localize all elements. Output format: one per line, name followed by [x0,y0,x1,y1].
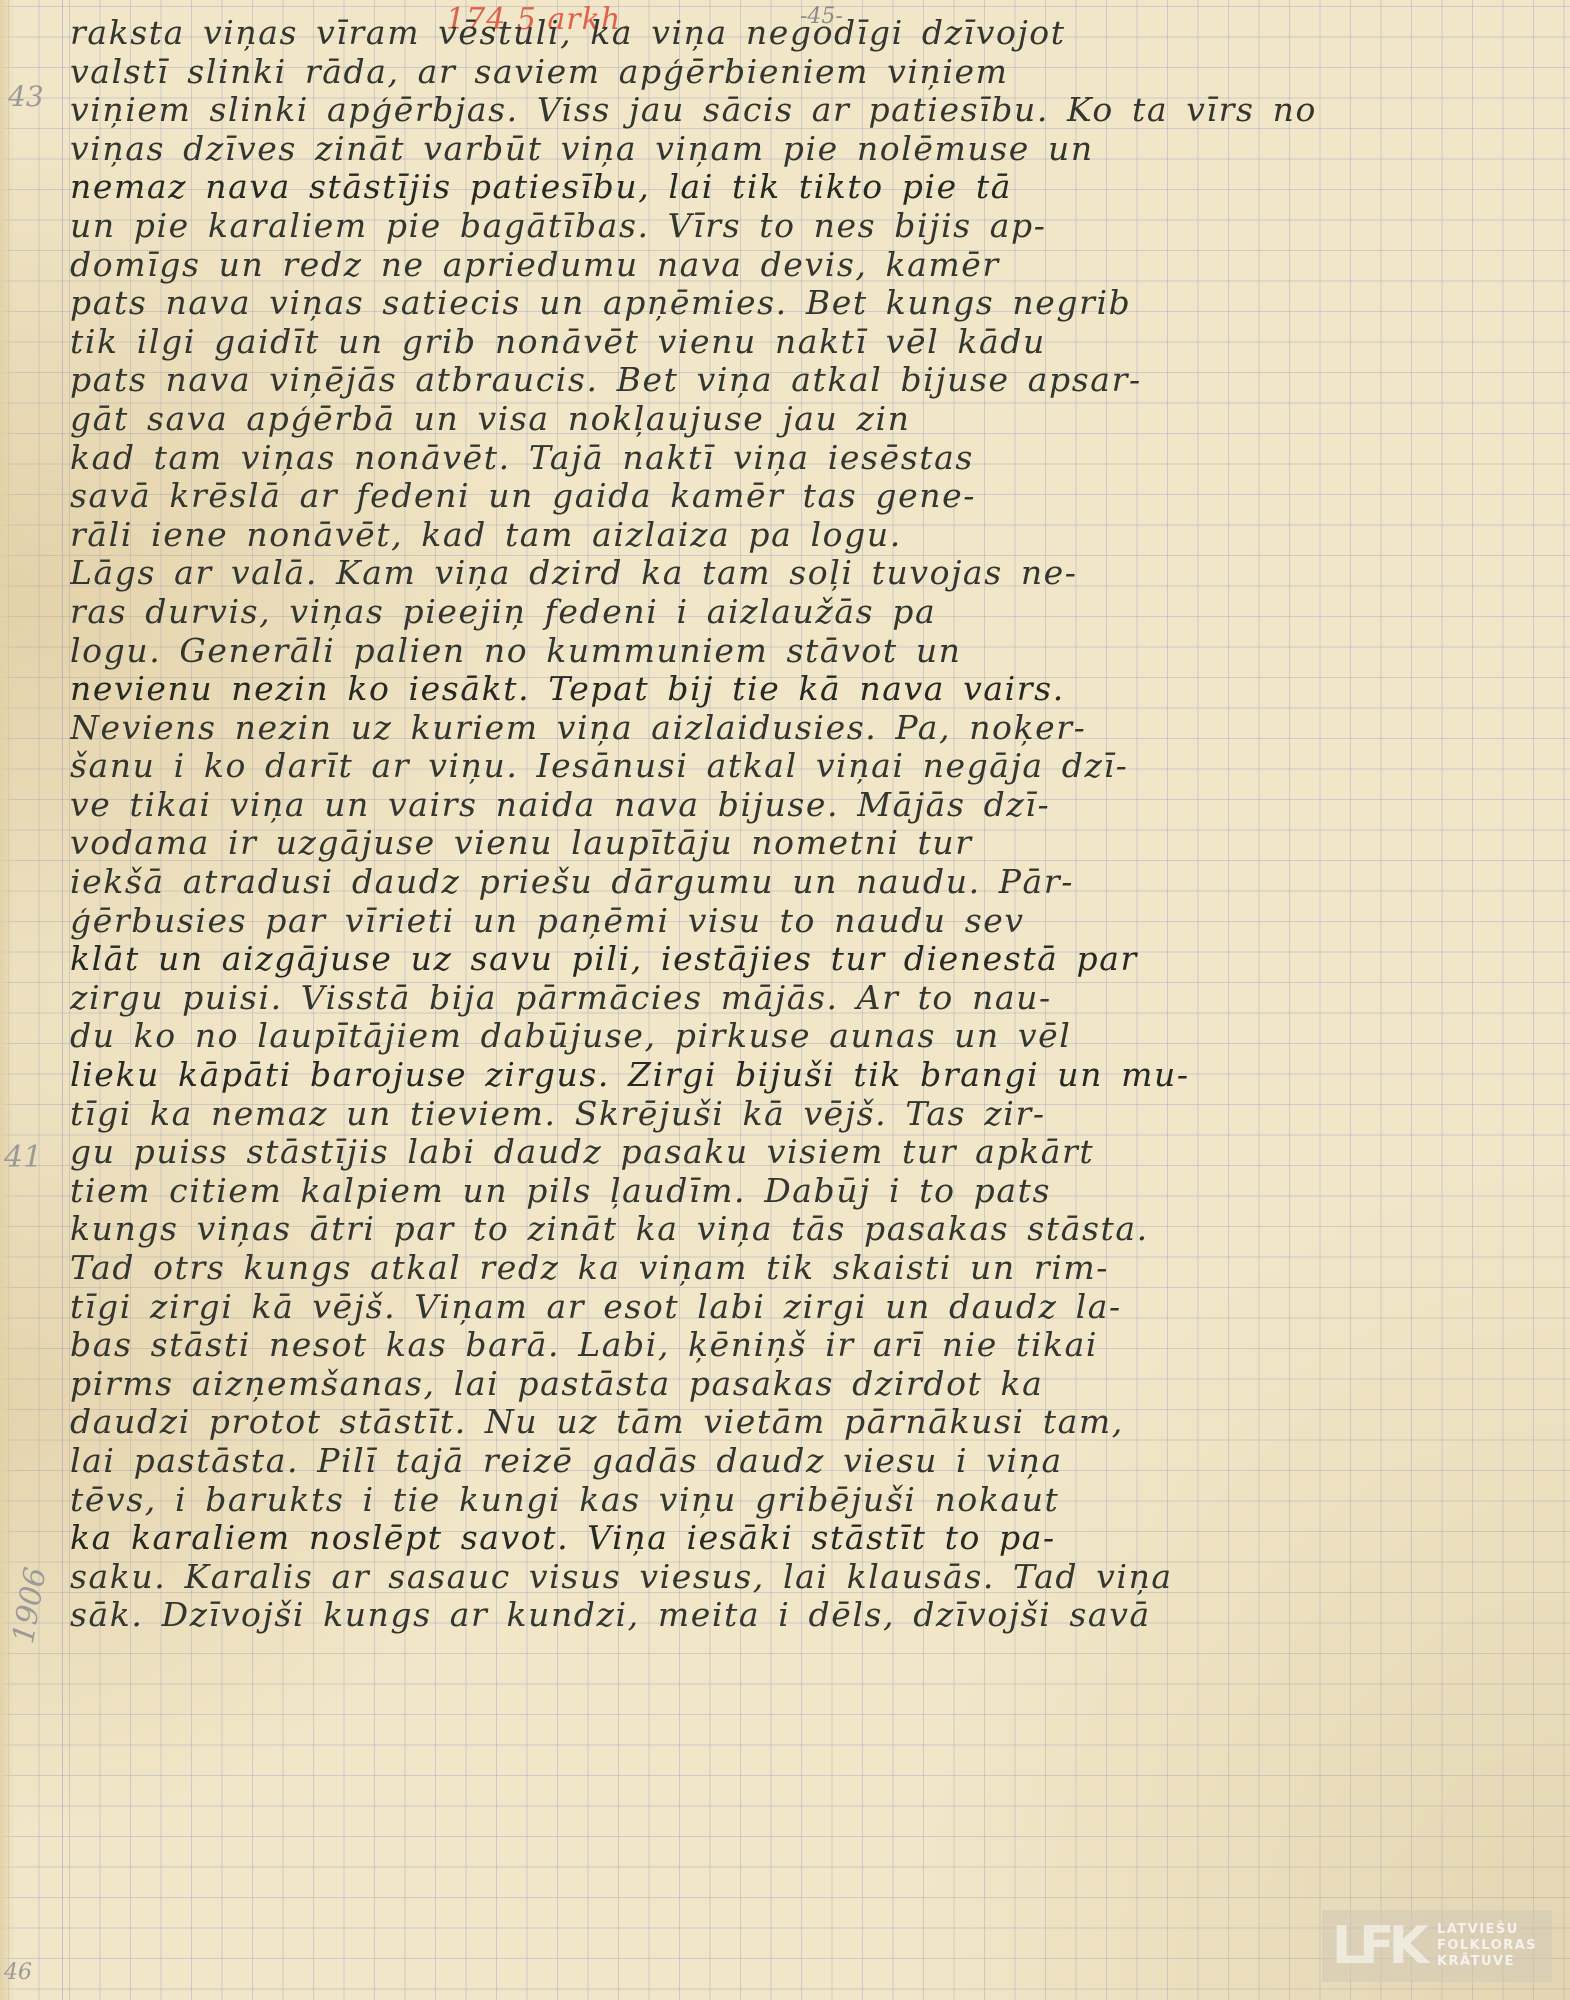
text-line: gu puiss stāstījis labi daudz pasaku vis… [70,1133,1560,1172]
text-line: rāli iene nonāvēt, kad tam aizlaiza pa l… [70,516,1560,555]
text-line: bas stāsti nesot kas barā. Labi, ķēniņš … [70,1326,1560,1365]
text-line: nemaz nava stāstījis patiesību, lai tik … [70,168,1560,207]
text-line: un pie karaliem pie bagātības. Vīrs to n… [70,207,1560,246]
text-line: pirms aizņemšanas, lai pastāsta pasakas … [70,1365,1560,1404]
archive-watermark: LFK LATVIEŠU FOLKLORAS KRĀTUVE [1322,1910,1552,1982]
text-line: tīgi zirgi kā vējš. Viņam ar esot labi z… [70,1288,1560,1327]
text-line: zirgu puisi. Visstā bija pārmācies mājās… [70,979,1560,1018]
text-line: iekšā atradusi daudz priešu dārgumu un n… [70,863,1560,902]
text-line: Tad otrs kungs atkal redz ka viņam tik s… [70,1249,1560,1288]
text-line: lieku kāpāti barojuse zirgus. Zirgi biju… [70,1056,1560,1095]
text-line: klāt un aizgājuse uz savu pili, iestājie… [70,940,1560,979]
paper-left-edge [0,0,14,2000]
text-line: du ko no laupītājiem dabūjuse, pirkuse a… [70,1017,1560,1056]
watermark-text: LATVIEŠU FOLKLORAS KRĀTUVE [1437,1922,1537,1970]
manuscript-page: 174 5 arkh. -45- 43 41 1906 46 raksta vi… [0,0,1570,2000]
margin-number: 41 [4,1140,42,1175]
text-line: viņiem slinki apģērbjas. Viss jau sācis … [70,91,1560,130]
text-line: domīgs un redz ne apriedumu nava devis, … [70,246,1560,285]
text-line: saku. Karalis ar sasauc visus viesus, la… [70,1558,1560,1597]
text-line: pats nava viņējās atbraucis. Bet viņa at… [70,361,1560,400]
text-line: nevienu nezin ko iesākt. Tepat bij tie k… [70,670,1560,709]
text-line: raksta viņas vīram vēstuli, ka viņa nego… [70,14,1560,53]
text-line: tīgi ka nemaz un tieviem. Skrējuši kā vē… [70,1095,1560,1134]
text-line: tiem citiem kalpiem un pils ļaudīm. Dabū… [70,1172,1560,1211]
text-line: ka karaliem noslēpt savot. Viņa iesāki s… [70,1519,1560,1558]
text-line: logu. Generāli palien no kummuniem stāvo… [70,632,1560,671]
text-line: viņas dzīves zināt varbūt viņa viņam pie… [70,130,1560,169]
watermark-line: FOLKLORAS [1437,1938,1537,1954]
text-line: Lāgs ar valā. Kam viņa dzird ka tam soļi… [70,554,1560,593]
text-line: ve tikai viņa un vairs naida nava bijuse… [70,786,1560,825]
watermark-line: LATVIEŠU [1437,1922,1537,1938]
margin-number: 43 [8,80,44,113]
text-line: pats nava viņas satiecis un apņēmies. Be… [70,284,1560,323]
margin-rule [62,0,63,2000]
text-line: šanu i ko darīt ar viņu. Iesānusi atkal … [70,747,1560,786]
watermark-line: KRĀTUVE [1437,1954,1537,1970]
text-line: ģērbusies par vīrieti un paņēmi visu to … [70,902,1560,941]
text-line: daudzi protot stāstīt. Nu uz tām vietām … [70,1403,1560,1442]
text-line: valstī slinki rāda, ar saviem apģērbieni… [70,53,1560,92]
text-line: tēvs, i barukts i tie kungi kas viņu gri… [70,1481,1560,1520]
text-line: vodama ir uzgājuse vienu laupītāju nomet… [70,824,1560,863]
lfk-logo-icon: LFK [1332,1916,1423,1976]
text-line: ras durvis, viņas pieejiņ fedeni i aizla… [70,593,1560,632]
text-line: savā krēslā ar fedeni un gaida kamēr tas… [70,477,1560,516]
text-line: kad tam viņas nonāvēt. Tajā naktī viņa i… [70,439,1560,478]
handwritten-text-block: raksta viņas vīram vēstuli, ka viņa nego… [70,14,1560,1635]
text-line: tik ilgi gaidīt un grib nonāvēt vienu na… [70,323,1560,362]
text-line: gāt sava apģērbā un visa nokļaujuse jau … [70,400,1560,439]
text-line: lai pastāsta. Pilī tajā reizē gadās daud… [70,1442,1560,1481]
text-line: kungs viņas ātri par to zināt ka viņa tā… [70,1210,1560,1249]
text-line: sāk. Dzīvojši kungs ar kundzi, meita i d… [70,1596,1560,1635]
margin-number: 46 [4,1960,32,1985]
text-line: Neviens nezin uz kuriem viņa aizlaidusie… [70,709,1560,748]
